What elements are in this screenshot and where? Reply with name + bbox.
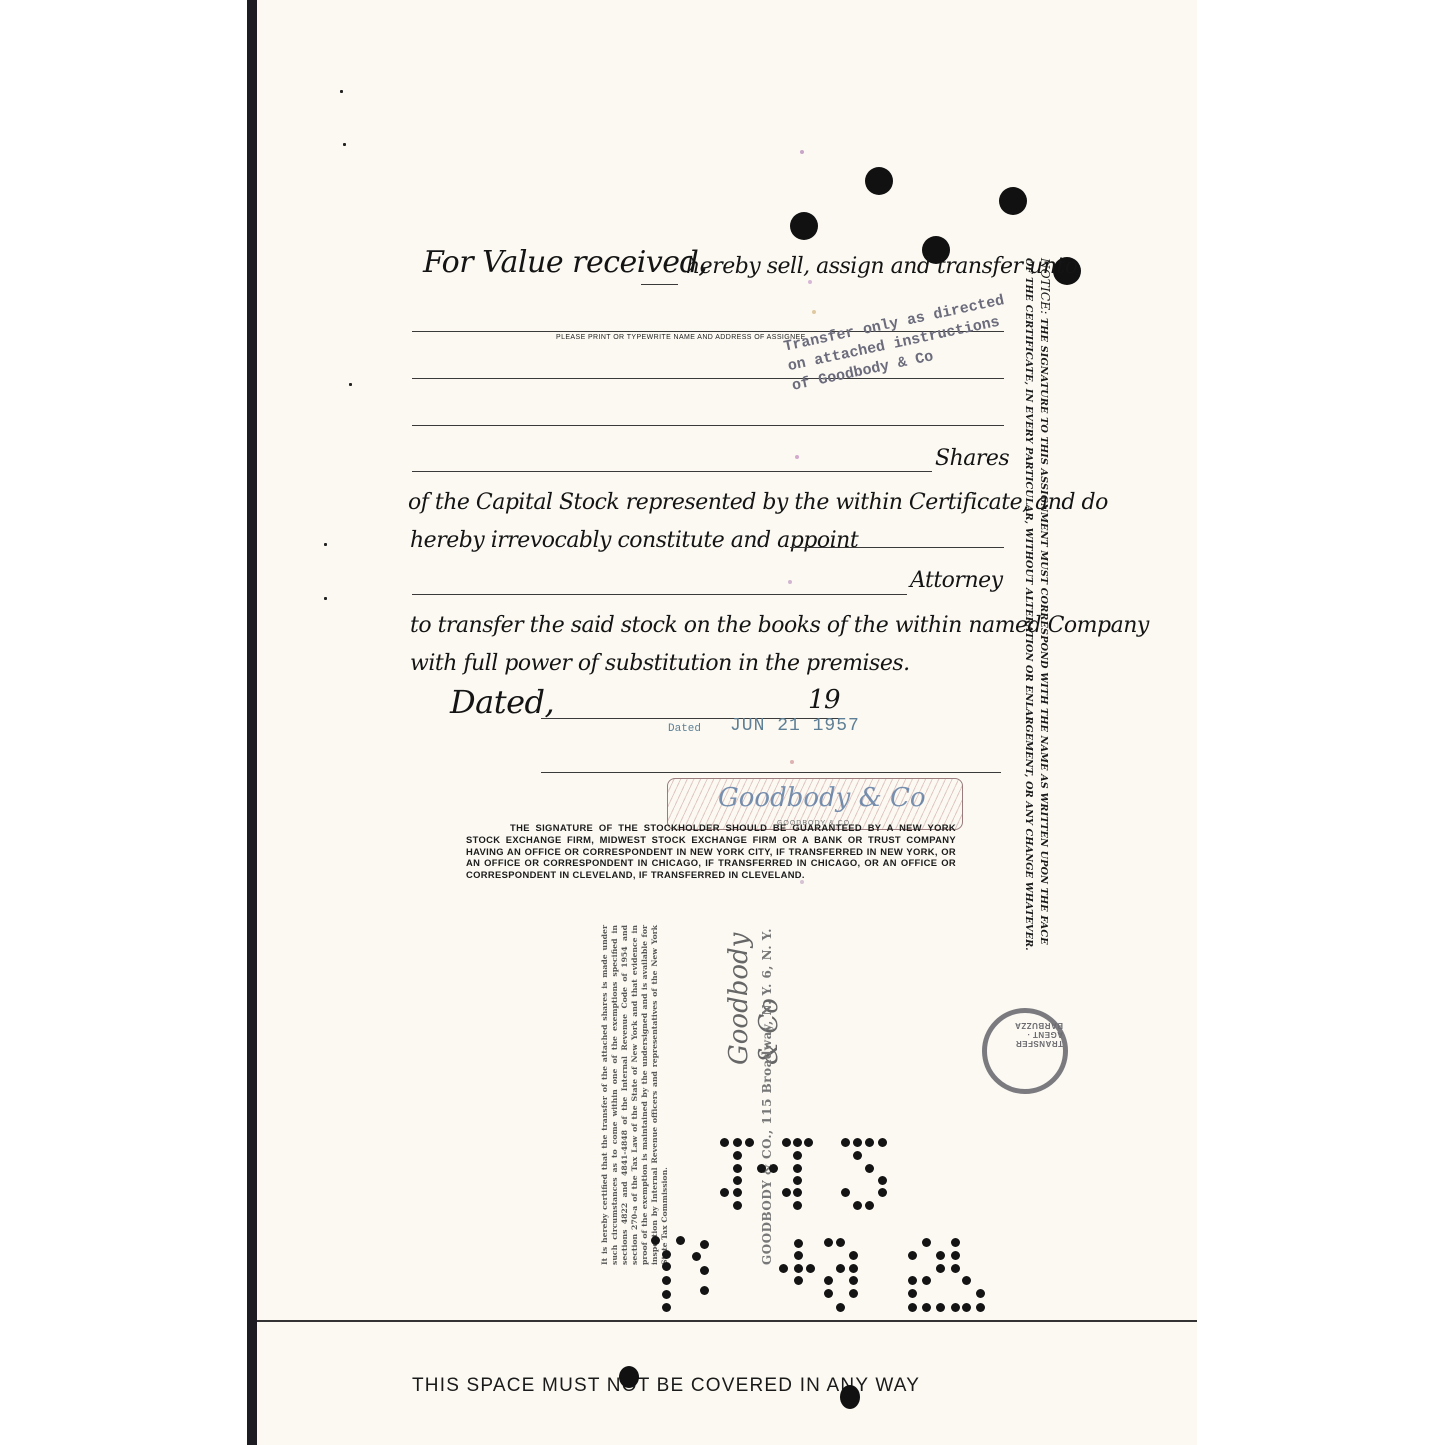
perforation-dot xyxy=(849,1264,858,1273)
assignee-line-2[interactable] xyxy=(412,378,1004,379)
perforation-dot xyxy=(824,1289,833,1298)
perforation-dot xyxy=(922,1238,931,1247)
perforation-dot xyxy=(662,1250,671,1259)
perforation-dot xyxy=(782,1188,791,1197)
date-stamp-label: Dated xyxy=(668,723,701,735)
shares-label: Shares xyxy=(935,446,1009,471)
margin-mark xyxy=(343,143,346,146)
perforation-dot xyxy=(692,1252,701,1261)
certificate-reverse xyxy=(257,0,1197,1445)
attorney-label: Attorney xyxy=(910,568,1003,593)
perforation-dot xyxy=(951,1238,960,1247)
for-value-received: For Value received, xyxy=(423,245,707,280)
attorney-name-line[interactable] xyxy=(790,547,1004,548)
perforation-dot xyxy=(804,1138,813,1147)
perforation-dot xyxy=(853,1138,862,1147)
perforation-dot xyxy=(769,1164,778,1173)
perforation-dot xyxy=(936,1264,945,1273)
signature-guarantee-notice: THE SIGNATURE OF THE STOCKHOLDER SHOULD … xyxy=(466,822,956,881)
perforation-dot xyxy=(793,1138,802,1147)
perforation-dot xyxy=(951,1251,960,1260)
punch-hole xyxy=(865,167,893,195)
perforation-dot xyxy=(700,1286,709,1295)
punch-hole xyxy=(999,187,1027,215)
broker-address: GOODBODY & CO., 115 Broadway, N. Y. 6, N… xyxy=(760,928,774,1265)
perforation-dot xyxy=(841,1188,850,1197)
perforation-dot xyxy=(782,1138,791,1147)
perforation-dot xyxy=(878,1176,887,1185)
perforation-dot xyxy=(849,1289,858,1298)
margin-mark xyxy=(349,383,352,386)
perforation-dot xyxy=(951,1303,960,1312)
ink-speckle xyxy=(788,580,792,584)
notice-label: NOTICE: xyxy=(1038,258,1052,314)
transfer-agent-seal: TRANSFER AGENT · BARBUZZA xyxy=(982,1008,1068,1094)
ink-speckle xyxy=(795,455,799,459)
perforation-dot xyxy=(793,1151,802,1160)
perforation-dot xyxy=(720,1138,729,1147)
perforation-dot xyxy=(806,1264,815,1273)
year-prefix: 19 xyxy=(808,685,840,715)
perforation-dot xyxy=(700,1266,709,1275)
signature-notice: NOTICE: THE SIGNATURE TO THIS ASSIGNMENT… xyxy=(1012,258,1052,908)
perforation-dot xyxy=(922,1276,931,1285)
perforation-dot xyxy=(733,1164,742,1173)
perforation-dot xyxy=(662,1262,671,1271)
perforation-dot xyxy=(794,1251,803,1260)
margin-mark xyxy=(324,543,327,546)
seal-text: TRANSFER AGENT · BARBUZZA xyxy=(1005,1021,1063,1048)
perforation-dot xyxy=(849,1276,858,1285)
perforation-dot xyxy=(853,1151,862,1160)
notice-line-2: OF THE CERTIFICATE, IN EVERY PARTICULAR,… xyxy=(1021,258,1036,908)
ink-speckle xyxy=(790,760,794,764)
perforation-dot xyxy=(976,1289,985,1298)
perforation-dot xyxy=(962,1303,971,1312)
perforation-dot xyxy=(720,1188,729,1197)
perforation-dot xyxy=(908,1251,917,1260)
perforation-dot xyxy=(936,1251,945,1260)
punch-hole xyxy=(840,1385,860,1409)
assignee-caption: PLEASE PRINT OR TYPEWRITE NAME AND ADDRE… xyxy=(556,334,806,341)
perforation-dot xyxy=(878,1188,887,1197)
signature-guarantee-text: THE SIGNATURE OF THE STOCKHOLDER SHOULD … xyxy=(466,822,956,881)
margin-mark xyxy=(324,597,327,600)
perforation-dot xyxy=(733,1176,742,1185)
perforation-dot xyxy=(651,1236,660,1245)
perforation-dot xyxy=(662,1290,671,1299)
perforation-dot xyxy=(757,1164,766,1173)
perforation-dot xyxy=(824,1276,833,1285)
perforation-dot xyxy=(936,1303,945,1312)
assignor-blank xyxy=(641,284,678,285)
perforation-dot xyxy=(976,1303,985,1312)
date-stamp-value: JUN 21 1957 xyxy=(730,716,860,736)
shares-line[interactable] xyxy=(412,471,932,472)
perforation-dot xyxy=(794,1276,803,1285)
perforation-dot xyxy=(793,1201,802,1210)
perforation-dot xyxy=(794,1264,803,1273)
perforation-dot xyxy=(865,1201,874,1210)
appoint-clause: hereby irrevocably constitute and appoin… xyxy=(410,528,858,553)
perforation-dot xyxy=(908,1303,917,1312)
margin-mark xyxy=(340,90,343,93)
punch-hole xyxy=(619,1366,639,1388)
tax-exemption-certification: It is hereby certified that the transfer… xyxy=(600,925,700,1265)
perforation-dot xyxy=(841,1138,850,1147)
perforation-dot xyxy=(733,1188,742,1197)
perforation-dot xyxy=(794,1239,803,1248)
perforation-dot xyxy=(662,1276,671,1285)
assignee-line-3[interactable] xyxy=(412,425,1004,426)
perforation-dot xyxy=(733,1138,742,1147)
perforation-dot xyxy=(908,1289,917,1298)
perforation-dot xyxy=(793,1188,802,1197)
perforation-dot xyxy=(962,1276,971,1285)
perforation-dot xyxy=(836,1264,845,1273)
broker-signature: Goodbody & Co xyxy=(724,925,784,1065)
signature-line[interactable] xyxy=(541,772,1001,773)
ink-speckle xyxy=(800,150,804,154)
substitution-clause: with full power of substitution in the p… xyxy=(410,651,910,676)
capital-stock-clause: of the Capital Stock represented by the … xyxy=(408,490,1108,515)
perforation-dot xyxy=(824,1238,833,1247)
dated-label: Dated, xyxy=(450,683,554,721)
perforation-dot xyxy=(853,1201,862,1210)
ink-speckle xyxy=(812,310,816,314)
perforation-dot xyxy=(908,1276,917,1285)
perforation-dot xyxy=(922,1303,931,1312)
perforation-dot xyxy=(878,1138,887,1147)
perforation-dot xyxy=(662,1303,671,1312)
perforation-dot xyxy=(676,1236,685,1245)
bottom-divider xyxy=(257,1320,1197,1322)
perforation-dot xyxy=(733,1201,742,1210)
perforation-dot xyxy=(849,1251,858,1260)
broker-stamp: Goodbody & Co GOODBODY & CO., 115 Broadw… xyxy=(730,925,790,1265)
perforation-dot xyxy=(951,1264,960,1273)
perforation-dot xyxy=(865,1138,874,1147)
punch-hole xyxy=(790,212,818,240)
perforation-dot xyxy=(793,1176,802,1185)
perforation-dot xyxy=(836,1303,845,1312)
scan-border xyxy=(247,0,257,1445)
perforation-dot xyxy=(745,1138,754,1147)
perforation-dot xyxy=(793,1164,802,1173)
notice-line-1: NOTICE: THE SIGNATURE TO THIS ASSIGNMENT… xyxy=(1036,258,1052,908)
attorney-line[interactable] xyxy=(412,594,907,595)
perforation-dot xyxy=(779,1264,788,1273)
ink-speckle xyxy=(808,280,812,284)
perforation-dot xyxy=(700,1240,709,1249)
perforation-dot xyxy=(865,1164,874,1173)
guarantor-signature: Goodbody & Co xyxy=(718,783,926,813)
perforation-dot xyxy=(733,1151,742,1160)
perforation-dot xyxy=(836,1238,845,1247)
